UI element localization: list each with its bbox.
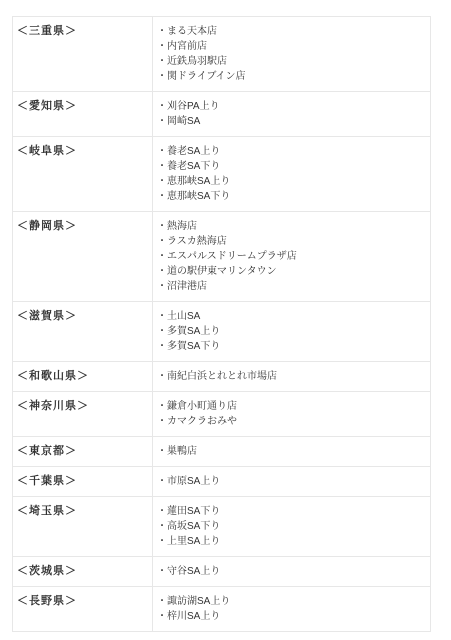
prefecture-label: ＜静岡県＞ [17, 220, 77, 232]
store-list: ・蓮田SA下り・高坂SA下り・上里SA上り [157, 504, 420, 549]
store-name: エスパルスドリームプラザ店 [167, 251, 297, 262]
store-name: 熱海店 [167, 221, 197, 232]
table-row: ＜埼玉県＞ ・蓮田SA下り・高坂SA下り・上里SA上り [13, 497, 431, 557]
store-name: 関ドライブイン店 [167, 71, 246, 82]
prefecture-cell: ＜千葉県＞ [13, 467, 153, 497]
store-name: 巣鴨店 [167, 446, 197, 457]
bullet-dot: ・ [157, 564, 167, 579]
store-item: ・ラスカ熱海店 [157, 234, 420, 249]
store-item: ・鎌倉小町通り店 [157, 399, 420, 414]
store-name: 道の駅伊東マリンタウン [167, 266, 277, 277]
store-name: 養老SA下り [167, 161, 220, 172]
store-item: ・エスパルスドリームプラザ店 [157, 249, 420, 264]
stores-cell: ・巣鴨店 [153, 437, 431, 467]
store-name: 上里SA上り [167, 536, 220, 547]
table-row: ＜千葉県＞ ・市原SA上り [13, 467, 431, 497]
bullet-dot: ・ [157, 159, 167, 174]
stores-cell: ・守谷SA上り [153, 557, 431, 587]
prefecture-cell: ＜静岡県＞ [13, 212, 153, 302]
store-list: ・市原SA上り [157, 474, 420, 489]
bullet-dot: ・ [157, 234, 167, 249]
store-name: 養老SA上り [167, 146, 220, 157]
store-list: ・熱海店・ラスカ熱海店・エスパルスドリームプラザ店・道の駅伊東マリンタウン・沼津… [157, 219, 420, 294]
stores-cell: ・養老SA上り・養老SA下り・恵那峡SA上り・恵那峡SA下り [153, 137, 431, 212]
store-item: ・岡崎SA [157, 114, 420, 129]
store-name: 市原SA上り [167, 476, 220, 487]
store-name: 土山SA [167, 311, 200, 322]
prefecture-label: ＜滋賀県＞ [17, 310, 77, 322]
prefecture-cell: ＜和歌山県＞ [13, 362, 153, 392]
prefecture-label: ＜岐阜県＞ [17, 145, 77, 157]
prefecture-cell: ＜岐阜県＞ [13, 137, 153, 212]
prefecture-cell: ＜茨城県＞ [13, 557, 153, 587]
store-name: 多賀SA上り [167, 326, 220, 337]
store-item: ・諏訪湖SA上り [157, 594, 420, 609]
stores-cell: ・まる天本店・内宮前店・近鉄鳥羽駅店・関ドライブイン店 [153, 17, 431, 92]
prefecture-cell: ＜神奈川県＞ [13, 392, 153, 437]
prefecture-cell: ＜埼玉県＞ [13, 497, 153, 557]
bullet-dot: ・ [157, 369, 167, 384]
prefecture-label: ＜長野県＞ [17, 595, 77, 607]
store-item: ・恵那峡SA下り [157, 189, 420, 204]
store-item: ・蓮田SA下り [157, 504, 420, 519]
store-item: ・恵那峡SA上り [157, 174, 420, 189]
bullet-dot: ・ [157, 144, 167, 159]
store-item: ・守谷SA上り [157, 564, 420, 579]
store-item: ・熱海店 [157, 219, 420, 234]
prefecture-label: ＜東京都＞ [17, 445, 77, 457]
store-item: ・多賀SA下り [157, 339, 420, 354]
store-item: ・養老SA下り [157, 159, 420, 174]
prefecture-label: ＜三重県＞ [17, 25, 77, 37]
prefecture-label: ＜千葉県＞ [17, 475, 77, 487]
bullet-dot: ・ [157, 279, 167, 294]
stores-cell: ・熱海店・ラスカ熱海店・エスパルスドリームプラザ店・道の駅伊東マリンタウン・沼津… [153, 212, 431, 302]
prefecture-cell: ＜愛知県＞ [13, 92, 153, 137]
stores-cell: ・蓮田SA下り・高坂SA下り・上里SA上り [153, 497, 431, 557]
bullet-dot: ・ [157, 114, 167, 129]
bullet-dot: ・ [157, 219, 167, 234]
bullet-dot: ・ [157, 174, 167, 189]
bullet-dot: ・ [157, 324, 167, 339]
store-list: ・まる天本店・内宮前店・近鉄鳥羽駅店・関ドライブイン店 [157, 24, 420, 84]
bullet-dot: ・ [157, 534, 167, 549]
store-name: 刈谷PA上り [167, 101, 220, 112]
store-item: ・巣鴨店 [157, 444, 420, 459]
store-name: 梓川SA上り [167, 611, 220, 622]
store-name: 内宮前店 [167, 41, 207, 52]
prefecture-label: ＜神奈川県＞ [17, 400, 89, 412]
bullet-dot: ・ [157, 69, 167, 84]
table-row: ＜長野県＞ ・諏訪湖SA上り・梓川SA上り [13, 587, 431, 632]
store-name: ラスカ熱海店 [167, 236, 227, 247]
table-row: ＜愛知県＞ ・刈谷PA上り・岡崎SA [13, 92, 431, 137]
bullet-dot: ・ [157, 249, 167, 264]
store-item: ・梓川SA上り [157, 609, 420, 624]
store-item: ・市原SA上り [157, 474, 420, 489]
prefecture-label: ＜茨城県＞ [17, 565, 77, 577]
store-list: ・南紀白浜とれとれ市場店 [157, 369, 420, 384]
store-item: ・土山SA [157, 309, 420, 324]
store-item: ・内宮前店 [157, 39, 420, 54]
bullet-dot: ・ [157, 444, 167, 459]
bullet-dot: ・ [157, 99, 167, 114]
store-item: ・多賀SA上り [157, 324, 420, 339]
table-row: ＜東京都＞ ・巣鴨店 [13, 437, 431, 467]
store-item: ・近鉄鳥羽駅店 [157, 54, 420, 69]
bullet-dot: ・ [157, 309, 167, 324]
store-item: ・カマクラおみや [157, 414, 420, 429]
stores-cell: ・土山SA・多賀SA上り・多賀SA下り [153, 302, 431, 362]
prefecture-label: ＜埼玉県＞ [17, 505, 77, 517]
table-row: ＜和歌山県＞ ・南紀白浜とれとれ市場店 [13, 362, 431, 392]
store-location-table: ＜三重県＞ ・まる天本店・内宮前店・近鉄鳥羽駅店・関ドライブイン店 ＜愛知県＞ … [12, 16, 431, 632]
store-list: ・巣鴨店 [157, 444, 420, 459]
bullet-dot: ・ [157, 414, 167, 429]
stores-cell: ・市原SA上り [153, 467, 431, 497]
store-name: 南紀白浜とれとれ市場店 [167, 371, 277, 382]
table-row: ＜三重県＞ ・まる天本店・内宮前店・近鉄鳥羽駅店・関ドライブイン店 [13, 17, 431, 92]
store-list: ・鎌倉小町通り店・カマクラおみや [157, 399, 420, 429]
store-item: ・南紀白浜とれとれ市場店 [157, 369, 420, 384]
store-list: ・土山SA・多賀SA上り・多賀SA下り [157, 309, 420, 354]
store-name: 守谷SA上り [167, 566, 220, 577]
store-name: 岡崎SA [167, 116, 200, 127]
bullet-dot: ・ [157, 264, 167, 279]
store-name: 沼津港店 [167, 281, 207, 292]
prefecture-cell: ＜東京都＞ [13, 437, 153, 467]
store-item: ・上里SA上り [157, 534, 420, 549]
table-row: ＜茨城県＞ ・守谷SA上り [13, 557, 431, 587]
prefecture-label: ＜和歌山県＞ [17, 370, 89, 382]
bullet-dot: ・ [157, 189, 167, 204]
store-name: 高坂SA下り [167, 521, 220, 532]
table-row: ＜滋賀県＞ ・土山SA・多賀SA上り・多賀SA下り [13, 302, 431, 362]
bullet-dot: ・ [157, 504, 167, 519]
bullet-dot: ・ [157, 609, 167, 624]
table-row: ＜静岡県＞ ・熱海店・ラスカ熱海店・エスパルスドリームプラザ店・道の駅伊東マリン… [13, 212, 431, 302]
store-name: 諏訪湖SA上り [167, 596, 230, 607]
store-item: ・関ドライブイン店 [157, 69, 420, 84]
bullet-dot: ・ [157, 399, 167, 414]
store-name: 恵那峡SA下り [167, 191, 230, 202]
bullet-dot: ・ [157, 54, 167, 69]
store-name: まる天本店 [167, 26, 217, 37]
bullet-dot: ・ [157, 24, 167, 39]
bullet-dot: ・ [157, 339, 167, 354]
table-row: ＜神奈川県＞ ・鎌倉小町通り店・カマクラおみや [13, 392, 431, 437]
prefecture-cell: ＜三重県＞ [13, 17, 153, 92]
store-item: ・道の駅伊東マリンタウン [157, 264, 420, 279]
store-item: ・高坂SA下り [157, 519, 420, 534]
store-name: 鎌倉小町通り店 [167, 401, 237, 412]
store-list: ・諏訪湖SA上り・梓川SA上り [157, 594, 420, 624]
stores-cell: ・鎌倉小町通り店・カマクラおみや [153, 392, 431, 437]
store-item: ・まる天本店 [157, 24, 420, 39]
store-item: ・養老SA上り [157, 144, 420, 159]
store-item: ・刈谷PA上り [157, 99, 420, 114]
stores-cell: ・刈谷PA上り・岡崎SA [153, 92, 431, 137]
store-name: 恵那峡SA上り [167, 176, 230, 187]
store-name: 近鉄鳥羽駅店 [167, 56, 227, 67]
bullet-dot: ・ [157, 519, 167, 534]
bullet-dot: ・ [157, 474, 167, 489]
store-name: 多賀SA下り [167, 341, 220, 352]
store-list: ・守谷SA上り [157, 564, 420, 579]
bullet-dot: ・ [157, 39, 167, 54]
stores-cell: ・南紀白浜とれとれ市場店 [153, 362, 431, 392]
table-row: ＜岐阜県＞ ・養老SA上り・養老SA下り・恵那峡SA上り・恵那峡SA下り [13, 137, 431, 212]
bullet-dot: ・ [157, 594, 167, 609]
prefecture-cell: ＜滋賀県＞ [13, 302, 153, 362]
store-table-body: ＜三重県＞ ・まる天本店・内宮前店・近鉄鳥羽駅店・関ドライブイン店 ＜愛知県＞ … [13, 17, 431, 632]
store-item: ・沼津港店 [157, 279, 420, 294]
store-list: ・養老SA上り・養老SA下り・恵那峡SA上り・恵那峡SA下り [157, 144, 420, 204]
store-list: ・刈谷PA上り・岡崎SA [157, 99, 420, 129]
store-name: カマクラおみや [167, 416, 237, 427]
store-name: 蓮田SA下り [167, 506, 220, 517]
prefecture-label: ＜愛知県＞ [17, 100, 77, 112]
stores-cell: ・諏訪湖SA上り・梓川SA上り [153, 587, 431, 632]
prefecture-cell: ＜長野県＞ [13, 587, 153, 632]
